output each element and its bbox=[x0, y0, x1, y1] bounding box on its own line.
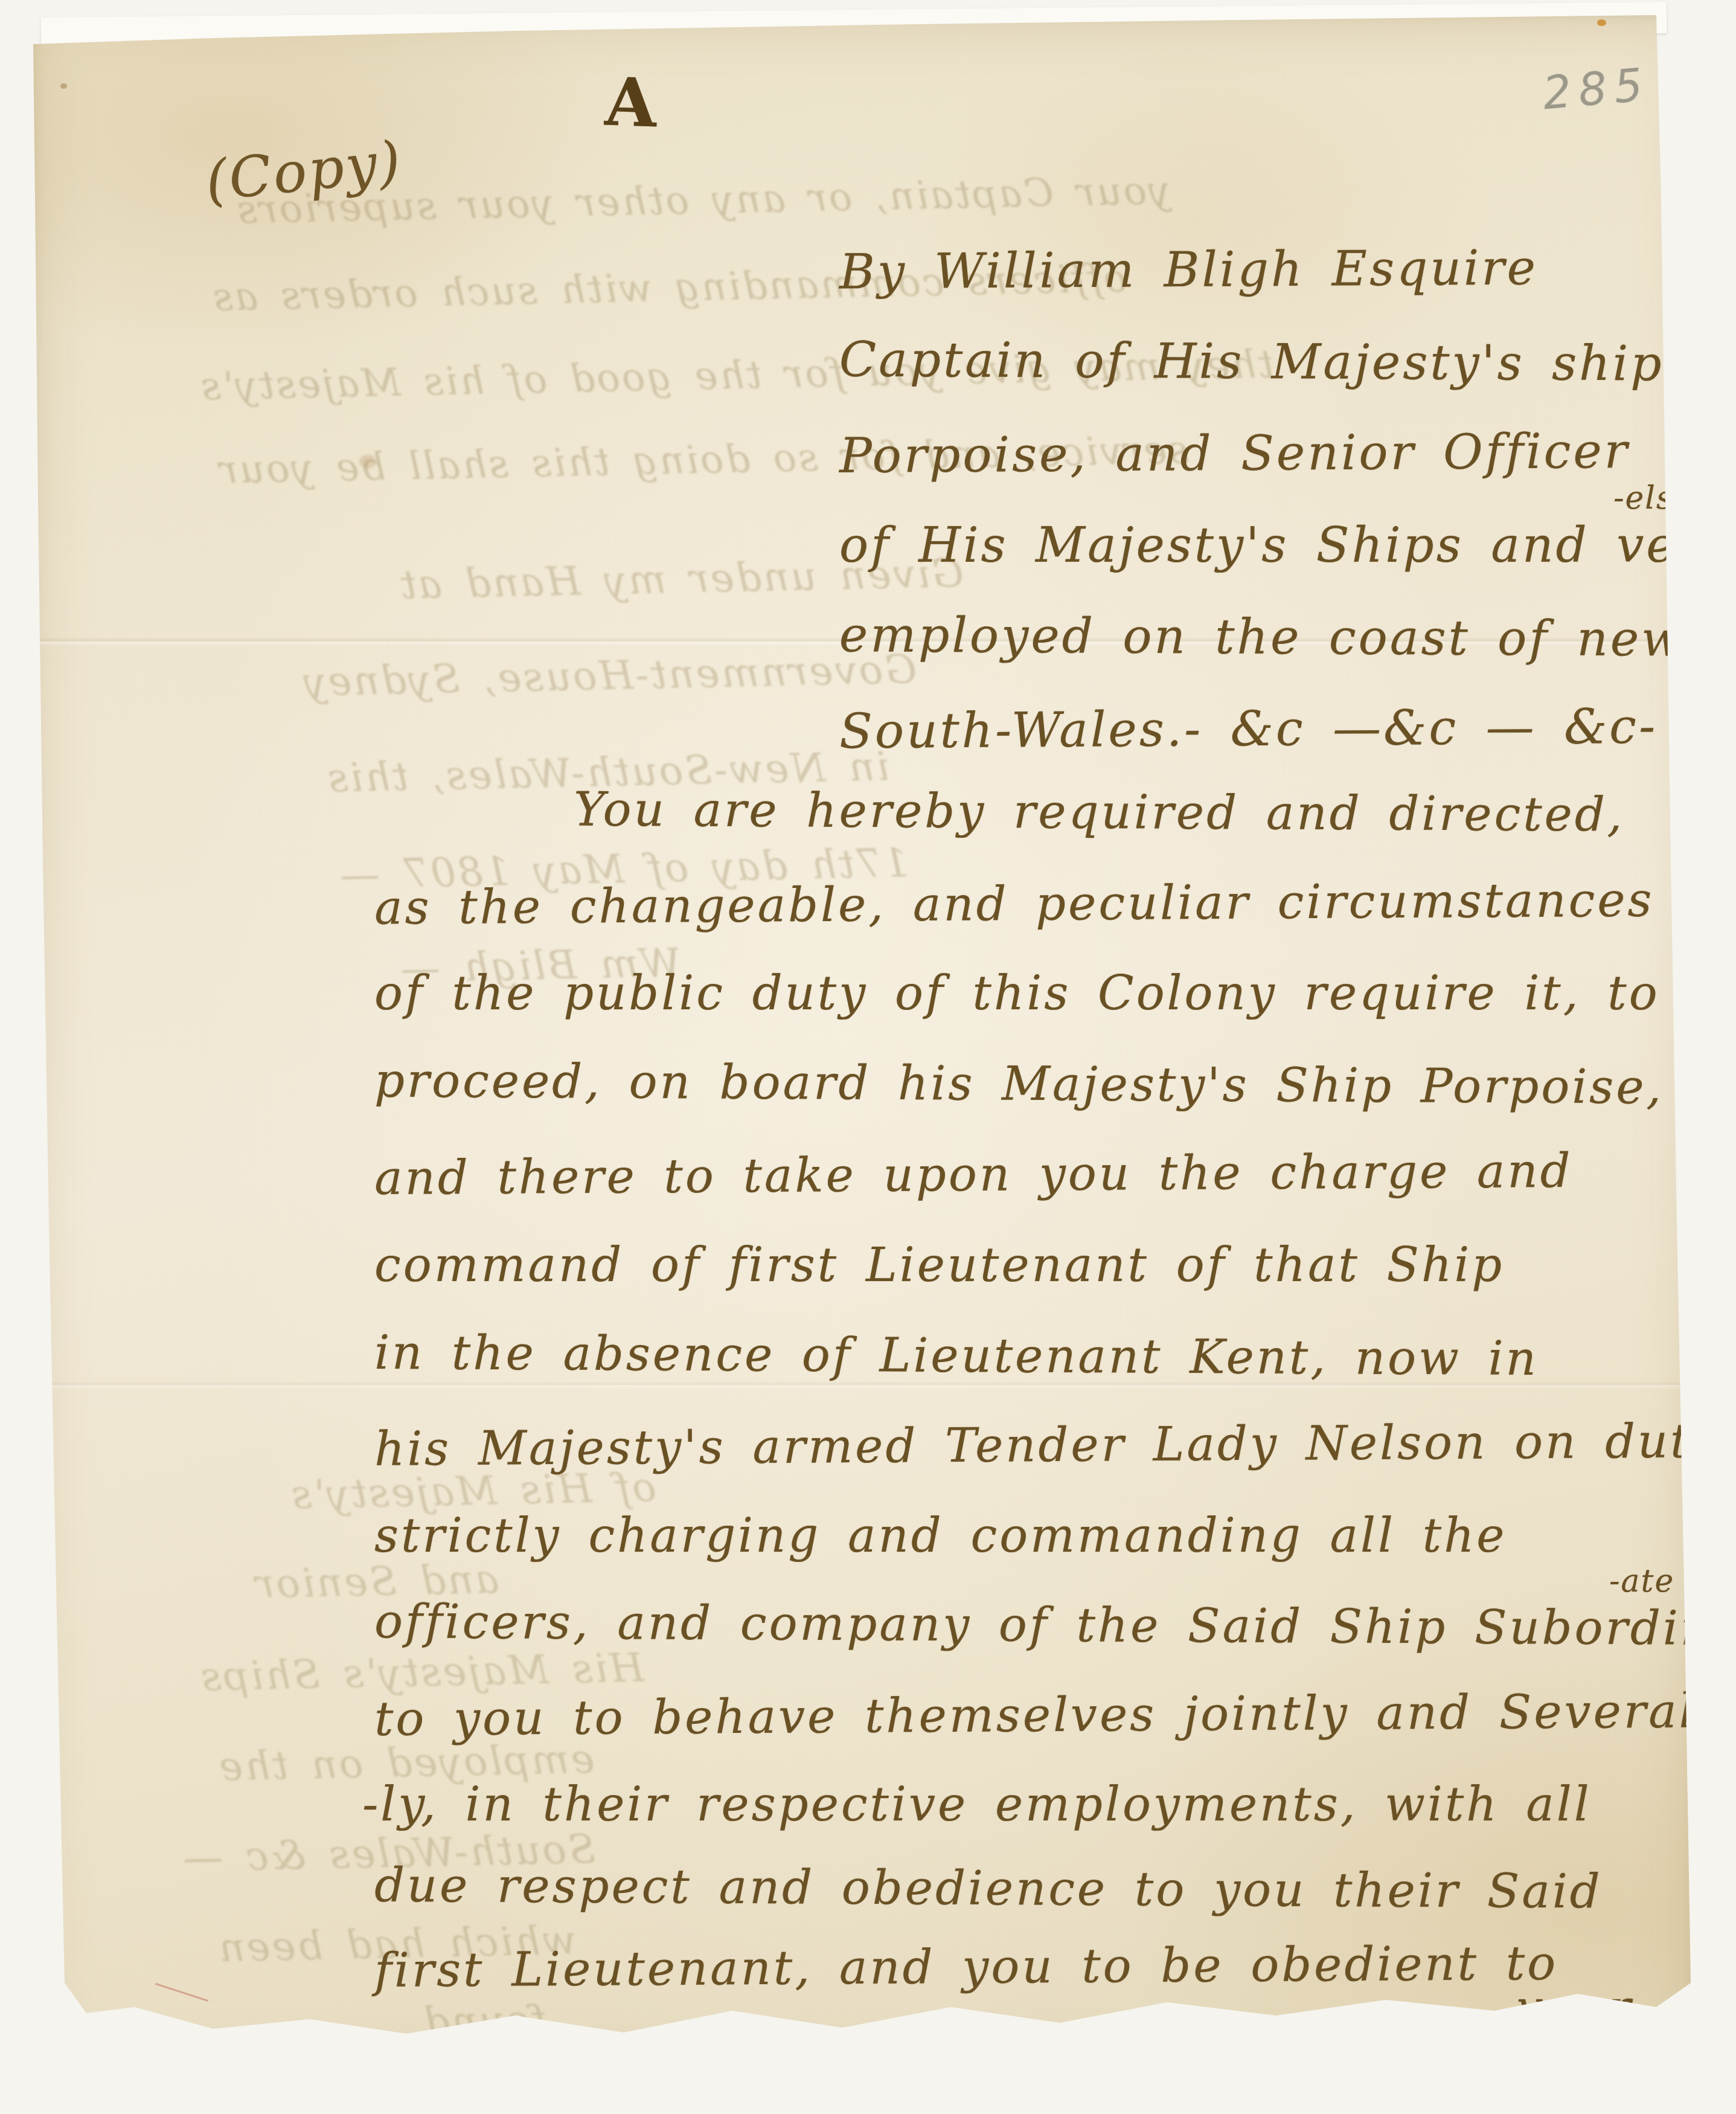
body-line: strictly charging and commanding all the bbox=[374, 1509, 1507, 1563]
catchword: your bbox=[1516, 1981, 1633, 2035]
body-line: in the absence of Lieutenant Kent, now i… bbox=[374, 1326, 1539, 1386]
stain bbox=[1597, 19, 1606, 26]
heading-line: Captain of His Majesty's ship bbox=[839, 331, 1664, 391]
heading-line: South-Wales.- &c —&c — &c- bbox=[839, 698, 1658, 759]
heading-line: By William Bligh Esquire bbox=[839, 239, 1539, 300]
page-number: 285 bbox=[1541, 59, 1652, 120]
body-line: proceed, on board his Majesty's Ship Por… bbox=[374, 1053, 1664, 1114]
body-superscript: -ate bbox=[1609, 1563, 1674, 1599]
body-line: command of first Lieutenant of that Ship bbox=[374, 1238, 1504, 1293]
heading-line: Porpoise, and Senior Officer bbox=[839, 423, 1630, 484]
letter-page: your Captain, or any other your superior… bbox=[33, 15, 1694, 2069]
body-line: first Lieutenant, and you to be obedient… bbox=[374, 1936, 1558, 1998]
body-line: -ly, in their respective employments, wi… bbox=[362, 1778, 1592, 1832]
scanned-document: { "annotations": { "letter_mark": "A", "… bbox=[0, 0, 1736, 2114]
body-line: due respect and obedience to you their S… bbox=[374, 1859, 1603, 1920]
body-line: of the public duty of this Colony requir… bbox=[374, 966, 1660, 1021]
body-line: You are hereby required and directed, bbox=[574, 782, 1625, 842]
body-line: to you to behave themselves jointly and … bbox=[374, 1684, 1715, 1747]
heading-line: employed on the coast of new- bbox=[839, 606, 1704, 667]
letter-mark-a: A bbox=[604, 63, 658, 143]
body-line: his Majesty's armed Tender Lady Nelson o… bbox=[374, 1414, 1732, 1477]
ghost-line: Government-House, Sydney bbox=[301, 646, 917, 705]
body-line: as the changeable, and peculiar circumst… bbox=[374, 873, 1654, 936]
stain bbox=[60, 83, 67, 89]
heading-line: of His Majesty's Ships and vess- bbox=[839, 517, 1736, 573]
body-line: and there to take upon you the charge an… bbox=[374, 1144, 1573, 1206]
stain bbox=[155, 1983, 208, 2002]
body-line: officers, and company of the Said Ship S… bbox=[374, 1595, 1732, 1656]
heading-superscript: -els bbox=[1613, 480, 1674, 516]
ghost-line: found bbox=[422, 1996, 548, 2045]
